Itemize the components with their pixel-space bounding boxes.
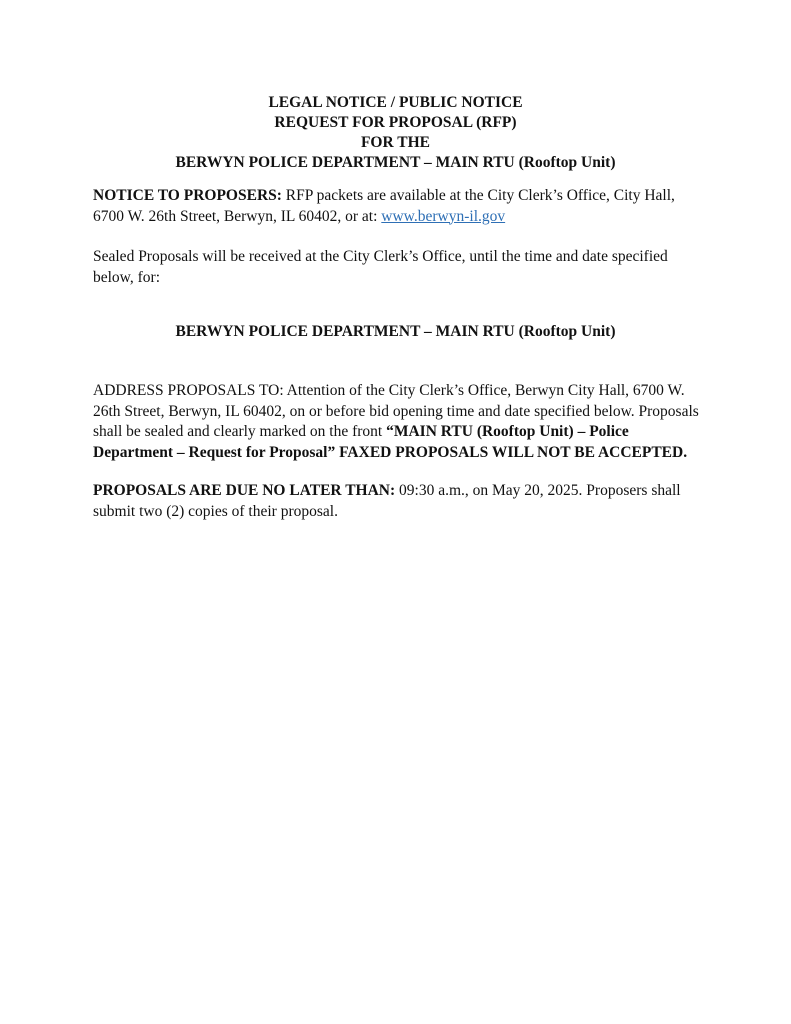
notice-heading: LEGAL NOTICE / PUBLIC NOTICE REQUEST FOR…	[0, 93, 791, 173]
notice-label: NOTICE TO PROPOSERS:	[93, 187, 282, 204]
project-title: BERWYN POLICE DEPARTMENT – MAIN RTU (Roo…	[0, 322, 791, 342]
heading-line-rfp: REQUEST FOR PROPOSAL (RFP)	[0, 113, 791, 133]
sealed-proposals-paragraph: Sealed Proposals will be received at the…	[93, 247, 703, 288]
heading-line-for-the: FOR THE	[0, 133, 791, 153]
heading-line-legal-notice: LEGAL NOTICE / PUBLIC NOTICE	[0, 93, 791, 113]
due-label: PROPOSALS ARE DUE NO LATER THAN:	[93, 482, 395, 499]
document-page: LEGAL NOTICE / PUBLIC NOTICE REQUEST FOR…	[0, 0, 791, 1024]
heading-line-project: BERWYN POLICE DEPARTMENT – MAIN RTU (Roo…	[0, 153, 791, 173]
notice-to-proposers-paragraph: NOTICE TO PROPOSERS: RFP packets are ava…	[93, 186, 703, 227]
website-link[interactable]: www.berwyn-il.gov	[381, 208, 505, 225]
address-proposals-paragraph: ADDRESS PROPOSALS TO: Attention of the C…	[93, 381, 703, 463]
due-date-paragraph: PROPOSALS ARE DUE NO LATER THAN: 09:30 a…	[93, 481, 703, 522]
